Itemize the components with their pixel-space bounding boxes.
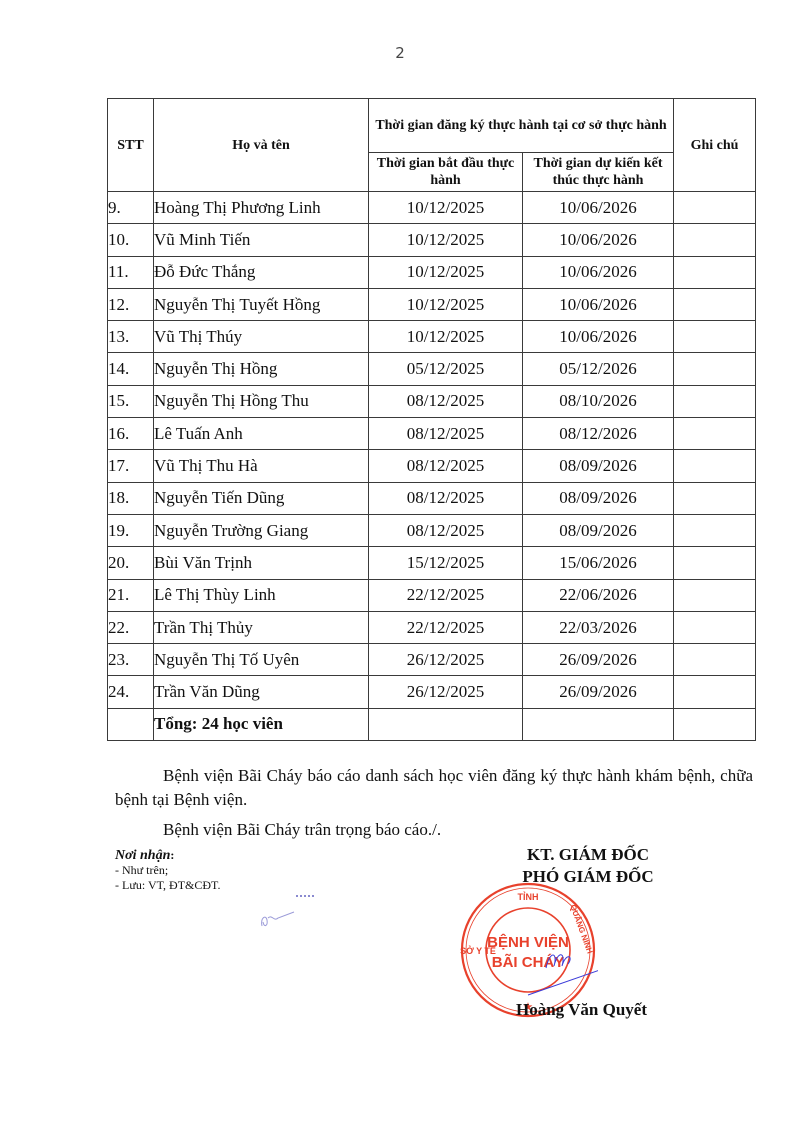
cell-stt: 15. [108, 385, 154, 417]
svg-text:TỈNH: TỈNH [518, 891, 539, 902]
cell-note [674, 676, 756, 708]
cell-end: 08/09/2026 [523, 482, 674, 514]
cell-start: 08/12/2025 [369, 385, 523, 417]
cell-end: 10/06/2026 [523, 192, 674, 224]
cell-end: 08/09/2026 [523, 514, 674, 546]
cell-name: Trần Văn Dũng [154, 676, 369, 708]
cell-name: Nguyễn Thị Hồng Thu [154, 385, 369, 417]
table-row: 12.Nguyễn Thị Tuyết Hồng10/12/202510/06/… [108, 288, 756, 320]
cell-start: 10/12/2025 [369, 321, 523, 353]
table-row: 10.Vũ Minh Tiến10/12/202510/06/2026 [108, 224, 756, 256]
report-paragraph: Bệnh viện Bãi Cháy báo cáo danh sách học… [115, 764, 753, 812]
svg-text:BÃI CHÁY: BÃI CHÁY [492, 953, 565, 971]
header-name: Họ và tên [154, 99, 369, 192]
cell-note [674, 644, 756, 676]
hospital-seal-icon: TỈNH BỆNH VIỆN BÃI CHÁY SỞ Y TẾ QUẢNG NI… [458, 880, 598, 1020]
recipients-block: Nơi nhận: - Như trên; - Lưu: VT, ĐT&CĐT. [115, 848, 221, 893]
cell-end: 22/03/2026 [523, 611, 674, 643]
recipient-item: - Lưu: VT, ĐT&CĐT. [115, 878, 221, 893]
cell-start: 08/12/2025 [369, 450, 523, 482]
cell-name: Đỗ Đức Thắng [154, 256, 369, 288]
cell-start: 26/12/2025 [369, 644, 523, 676]
cell-note [674, 288, 756, 320]
cell-end: 08/10/2026 [523, 385, 674, 417]
cell-note [674, 611, 756, 643]
signature-title-1: KT. GIÁM ĐỐC [508, 844, 668, 866]
cell-stt: 23. [108, 644, 154, 676]
trainee-table: STT Họ và tên Thời gian đăng ký thực hàn… [107, 98, 756, 741]
recipients-title: Nơi nhận [115, 848, 170, 863]
cell-note [674, 482, 756, 514]
page-number: 2 [0, 44, 800, 62]
table-row: 20.Bùi Văn Trịnh15/12/202515/06/2026 [108, 547, 756, 579]
cell-name: Lê Tuấn Anh [154, 418, 369, 450]
cell-end: 15/06/2026 [523, 547, 674, 579]
cell-end: 26/09/2026 [523, 644, 674, 676]
cell-name: Trần Thị Thủy [154, 611, 369, 643]
table-row: 9.Hoàng Thị Phương Linh10/12/202510/06/2… [108, 192, 756, 224]
cell-end: 05/12/2026 [523, 353, 674, 385]
cell-stt: 18. [108, 482, 154, 514]
cell-start: 10/12/2025 [369, 224, 523, 256]
header-start-date: Thời gian bắt đầu thực hành [369, 153, 523, 192]
table-row: 14.Nguyễn Thị Hồng05/12/202505/12/2026 [108, 353, 756, 385]
header-stt: STT [108, 99, 154, 192]
cell-note [674, 192, 756, 224]
cell-start: 08/12/2025 [369, 514, 523, 546]
small-annotation-mark [296, 895, 314, 901]
cell-end: 10/06/2026 [523, 321, 674, 353]
cell-stt: 24. [108, 676, 154, 708]
cell-stt: 13. [108, 321, 154, 353]
cell-start: 10/12/2025 [369, 192, 523, 224]
closing-paragraph: Bệnh viện Bãi Cháy trân trọng báo cáo./. [163, 818, 753, 842]
svg-text:BỆNH VIỆN: BỆNH VIỆN [487, 933, 569, 951]
cell-stt: 20. [108, 547, 154, 579]
cell-name: Nguyễn Thị Tuyết Hồng [154, 288, 369, 320]
cell-end: 22/06/2026 [523, 579, 674, 611]
cell-note [674, 385, 756, 417]
cell-note [674, 450, 756, 482]
signer-name: Hoàng Văn Quyết [516, 1000, 647, 1020]
cell-name: Vũ Minh Tiến [154, 224, 369, 256]
table-row: 17.Vũ Thị Thu Hà08/12/202508/09/2026 [108, 450, 756, 482]
cell-name: Nguyễn Tiến Dũng [154, 482, 369, 514]
table-row: 18.Nguyễn Tiến Dũng08/12/202508/09/2026 [108, 482, 756, 514]
cell-stt: 11. [108, 256, 154, 288]
total-label: Tổng: 24 học viên [154, 708, 369, 740]
cell-name: Nguyễn Thị Tố Uyên [154, 644, 369, 676]
table-row: 19.Nguyễn Trường Giang08/12/202508/09/20… [108, 514, 756, 546]
cell-name: Vũ Thị Thúy [154, 321, 369, 353]
initial-signature-icon [258, 908, 298, 930]
cell-stt: 21. [108, 579, 154, 611]
cell-stt: 14. [108, 353, 154, 385]
cell-start: 10/12/2025 [369, 256, 523, 288]
cell-note [674, 256, 756, 288]
table-row: 22.Trần Thị Thủy22/12/202522/03/2026 [108, 611, 756, 643]
table-row: 21.Lê Thị Thùy Linh22/12/202522/06/2026 [108, 579, 756, 611]
cell-stt: 16. [108, 418, 154, 450]
cell-stt: 10. [108, 224, 154, 256]
cell-stt: 17. [108, 450, 154, 482]
cell-end: 08/09/2026 [523, 450, 674, 482]
cell-note [674, 353, 756, 385]
cell-name: Hoàng Thị Phương Linh [154, 192, 369, 224]
cell-note [674, 321, 756, 353]
cell-start: 08/12/2025 [369, 418, 523, 450]
cell-end: 26/09/2026 [523, 676, 674, 708]
total-row: Tổng: 24 học viên [108, 708, 756, 740]
cell-note [674, 579, 756, 611]
cell-name: Nguyễn Trường Giang [154, 514, 369, 546]
cell-start: 08/12/2025 [369, 482, 523, 514]
header-note: Ghi chú [674, 99, 756, 192]
cell-name: Vũ Thị Thu Hà [154, 450, 369, 482]
header-practice-period: Thời gian đăng ký thực hành tại cơ sở th… [369, 99, 674, 153]
cell-name: Bùi Văn Trịnh [154, 547, 369, 579]
table-row: 13.Vũ Thị Thúy10/12/202510/06/2026 [108, 321, 756, 353]
cell-note [674, 418, 756, 450]
cell-start: 15/12/2025 [369, 547, 523, 579]
cell-start: 22/12/2025 [369, 579, 523, 611]
cell-start: 10/12/2025 [369, 288, 523, 320]
cell-note [674, 224, 756, 256]
cell-stt: 9. [108, 192, 154, 224]
cell-stt: 22. [108, 611, 154, 643]
cell-start: 26/12/2025 [369, 676, 523, 708]
cell-end: 10/06/2026 [523, 256, 674, 288]
cell-note [674, 514, 756, 546]
cell-stt: 12. [108, 288, 154, 320]
svg-text:SỞ Y TẾ: SỞ Y TẾ [460, 945, 496, 956]
table-row: 15.Nguyễn Thị Hồng Thu08/12/202508/10/20… [108, 385, 756, 417]
table-row: 24.Trần Văn Dũng26/12/202526/09/2026 [108, 676, 756, 708]
table-row: 23.Nguyễn Thị Tố Uyên26/12/202526/09/202… [108, 644, 756, 676]
cell-start: 05/12/2025 [369, 353, 523, 385]
header-end-date: Thời gian dự kiến kết thúc thực hành [523, 153, 674, 192]
cell-end: 10/06/2026 [523, 224, 674, 256]
cell-stt: 19. [108, 514, 154, 546]
cell-start: 22/12/2025 [369, 611, 523, 643]
cell-note [674, 547, 756, 579]
recipient-item: - Như trên; [115, 863, 221, 878]
cell-name: Nguyễn Thị Hồng [154, 353, 369, 385]
table-row: 11.Đỗ Đức Thắng10/12/202510/06/2026 [108, 256, 756, 288]
table-row: 16.Lê Tuấn Anh08/12/202508/12/2026 [108, 418, 756, 450]
cell-end: 08/12/2026 [523, 418, 674, 450]
cell-name: Lê Thị Thùy Linh [154, 579, 369, 611]
cell-end: 10/06/2026 [523, 288, 674, 320]
